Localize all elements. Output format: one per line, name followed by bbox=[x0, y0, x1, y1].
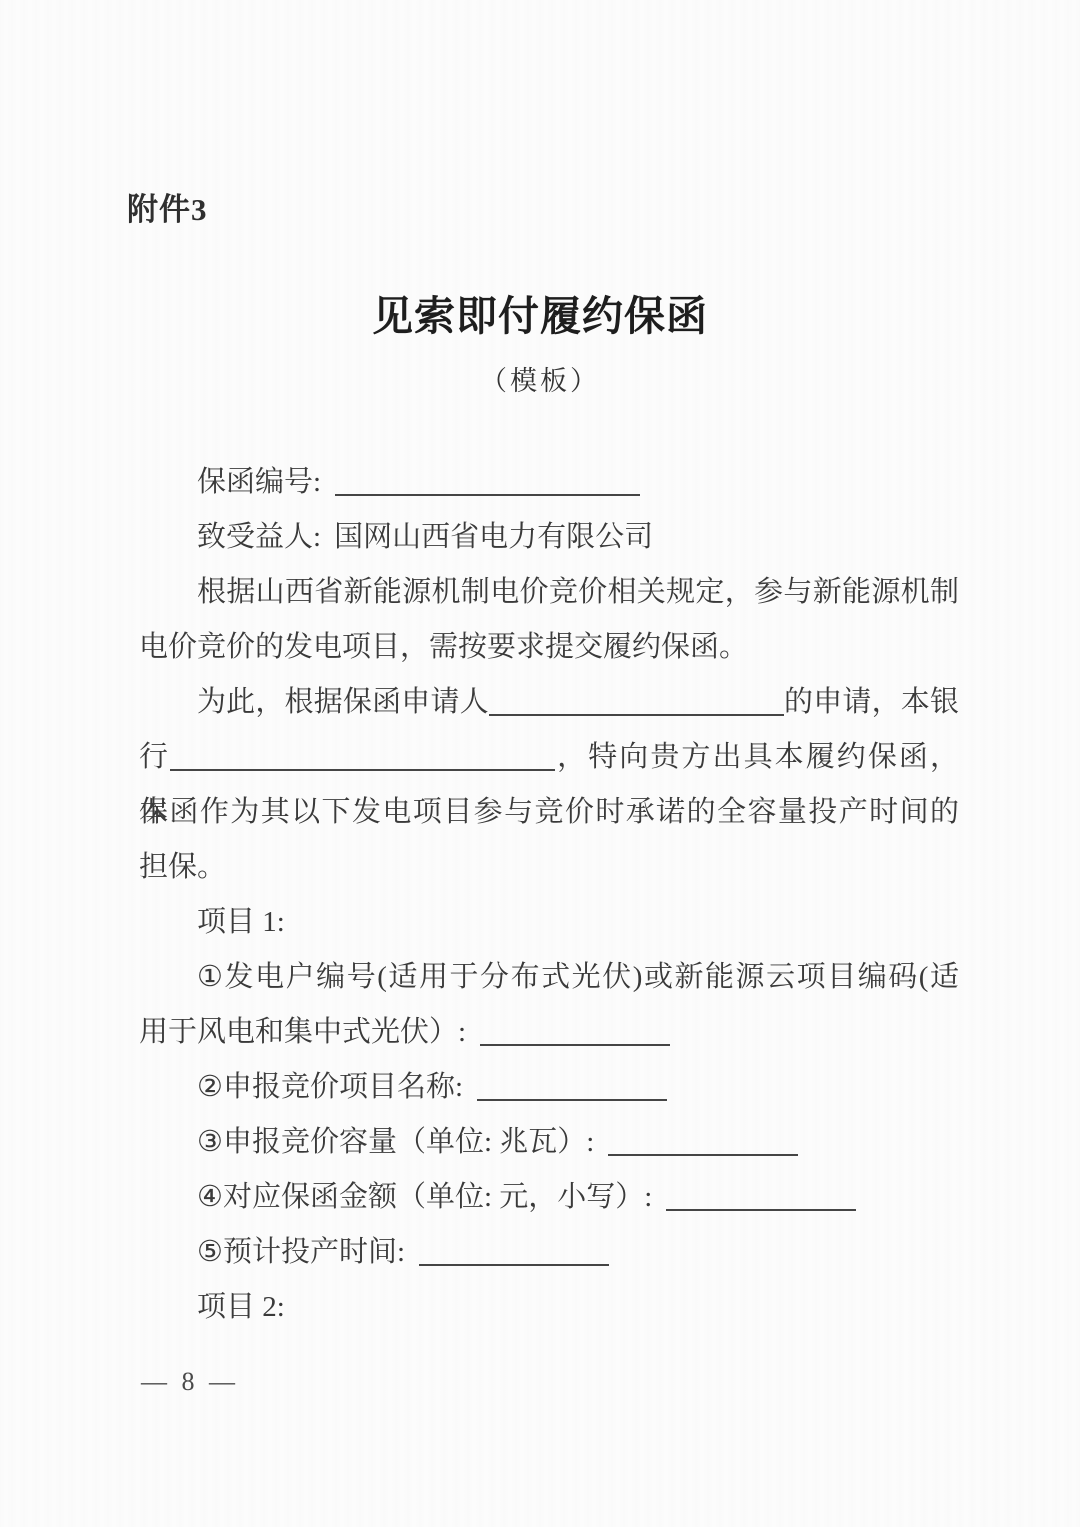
project1-item4: ④对应保函金额（单位: 元，小写）: bbox=[139, 1170, 959, 1225]
field-guarantee-number: 保函编号: bbox=[139, 455, 959, 510]
item3-label: ③申报竞价容量（单位: 兆瓦）: bbox=[197, 1126, 594, 1158]
paragraph-basis-line1: 根据山西省新能源机制电价竞价相关规定，参与新能源机制 bbox=[139, 565, 959, 620]
project-name-blank bbox=[477, 1099, 667, 1101]
generator-id-blank bbox=[480, 1044, 670, 1046]
guarantee-number-label: 保函编号: bbox=[197, 466, 321, 498]
beneficiary-label: 致受益人: bbox=[197, 521, 321, 553]
paragraph-basis-line2: 电价竞价的发电项目，需按要求提交履约保函。 bbox=[139, 620, 959, 675]
bank-name-blank bbox=[170, 769, 555, 771]
beneficiary-value: 国网山西省电力有限公司 bbox=[334, 521, 653, 553]
paragraph-issue-line2: 行，特向贵方出具本履约保函，本 bbox=[139, 730, 959, 785]
document-subtitle: （模板） bbox=[0, 359, 1080, 398]
paragraph-issue-line1: 为此，根据保函申请人的申请，本银 bbox=[139, 675, 959, 730]
project1-item3: ③申报竞价容量（单位: 兆瓦）: bbox=[139, 1115, 959, 1170]
paragraph-issue-line3: 保函作为其以下发电项目参与竞价时承诺的全容量投产时间的 bbox=[139, 785, 959, 840]
item1-label-continued: 用于风电和集中式光伏）: bbox=[139, 1016, 466, 1048]
item4-label: ④对应保函金额（单位: 元，小写）: bbox=[197, 1181, 652, 1213]
project2-heading: 项目 2: bbox=[139, 1280, 959, 1335]
guarantee-number-blank bbox=[335, 494, 640, 496]
bid-capacity-blank bbox=[608, 1154, 798, 1156]
project1-item5: ⑤预计投产时间: bbox=[139, 1225, 959, 1280]
item5-label: ⑤预计投产时间: bbox=[197, 1236, 405, 1268]
document-page: 附件3 见索即付履约保函 （模板） 保函编号: 致受益人:国网山西省电力有限公司… bbox=[0, 0, 1080, 1527]
production-date-blank bbox=[419, 1264, 609, 1266]
project1-item1-line2: 用于风电和集中式光伏）: bbox=[139, 1005, 959, 1060]
item2-label: ②申报竞价项目名称: bbox=[197, 1071, 463, 1103]
field-beneficiary: 致受益人:国网山西省电力有限公司 bbox=[139, 510, 959, 565]
applicant-blank bbox=[489, 714, 784, 716]
issue-line1-post: 的申请，本银 bbox=[784, 686, 959, 718]
paragraph-issue-line4: 担保。 bbox=[139, 840, 959, 895]
project1-heading: 项目 1: bbox=[139, 895, 959, 950]
project1-item1-line1: ①发电户编号(适用于分布式光伏)或新能源云项目编码(适 bbox=[139, 950, 959, 1005]
issue-line1-pre: 为此，根据保函申请人 bbox=[197, 686, 489, 718]
guarantee-amount-blank bbox=[666, 1209, 856, 1211]
attachment-label: 附件3 bbox=[127, 184, 208, 229]
document-body: 保函编号: 致受益人:国网山西省电力有限公司 根据山西省新能源机制电价竞价相关规… bbox=[139, 455, 959, 1335]
document-title: 见索即付履约保函 bbox=[0, 283, 1080, 342]
issue-line2-pre: 行 bbox=[139, 741, 170, 773]
page-number: — 8 — bbox=[141, 1362, 239, 1402]
project1-item2: ②申报竞价项目名称: bbox=[139, 1060, 959, 1115]
